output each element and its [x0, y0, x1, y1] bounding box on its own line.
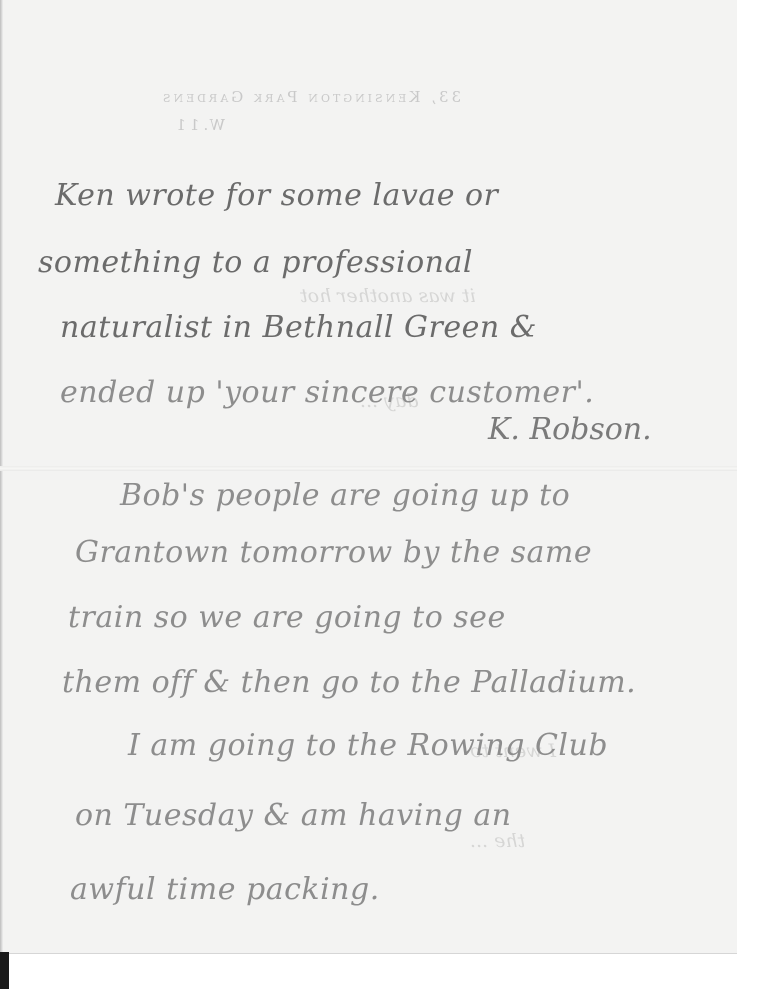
- body-line-3: naturalist in Bethnall Green &: [60, 310, 537, 345]
- body-line-4: ended up 'your sincere customer'.: [60, 375, 594, 410]
- body-line-6: Grantown tomorrow by the same: [75, 535, 592, 570]
- body-line-8: them off & then go to the Palladium.: [62, 665, 636, 700]
- body-line-11: awful time packing.: [70, 872, 380, 907]
- body-line-5: Bob's people are going up to: [120, 478, 570, 513]
- show-through-line: it was another hot: [300, 285, 476, 307]
- scan-canvas: 33, Kensington Park Gardens W.11 it was …: [0, 0, 768, 989]
- body-line-2: something to a professional: [38, 245, 473, 280]
- body-line-10: on Tuesday & am having an: [75, 798, 512, 833]
- show-through-line: the ...: [470, 830, 525, 852]
- signature: K. Robson.: [488, 412, 652, 447]
- paper-edge-shadow: [0, 0, 3, 952]
- letterhead-show-through: 33, Kensington Park Gardens W.11: [160, 88, 580, 134]
- fold-crease: [0, 466, 737, 471]
- body-line-1: Ken wrote for some lavae or: [55, 178, 498, 213]
- body-line-9: I am going to the Rowing Club: [128, 728, 608, 763]
- scanner-edge-strip: [0, 952, 9, 989]
- letter-paper: 33, Kensington Park Gardens W.11 it was …: [0, 0, 737, 953]
- letterhead-postcode: W.11: [160, 116, 225, 134]
- letterhead-address: 33, Kensington Park Gardens: [160, 88, 580, 106]
- body-line-7: train so we are going to see: [68, 600, 506, 635]
